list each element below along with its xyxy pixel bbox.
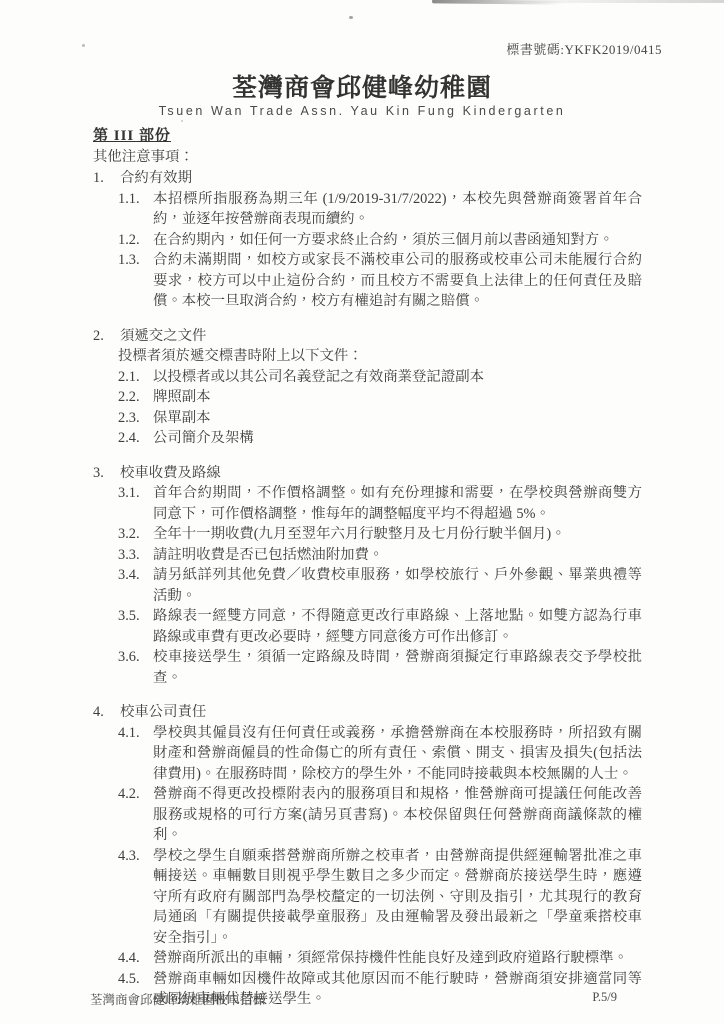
item-text: 全年十一期收費(九月至翌年六月行駛整月及七月份行駛半個月)。 [153, 524, 642, 545]
item-text: 營辦商不得更改投標附表內的服務項目和規格，惟營辦商可提議任何能改善服務或規格的可… [153, 784, 642, 846]
item-text: 牌照副本 [153, 387, 642, 408]
scan-speck [181, 120, 183, 122]
item-number: 4.4. [118, 948, 153, 969]
section-bus-company-responsibility: 4. 校車公司責任 4.1. 學校與其僱員沒有任何責任或義務，承擔營辦商在本校服… [93, 702, 642, 1010]
footer: 荃灣商會邱健峰幼稚園校車招標 P.5/9 [90, 990, 617, 1008]
item-text: 營辦商所派出的車輛，須經常保持機件性能良好及達到政府道路行駛標準。 [153, 948, 642, 969]
section-fees-and-routes: 3. 校車收費及路線 3.1. 首年合約期間，不作價格調整。如有充份理據和需要，… [93, 463, 642, 689]
item-text: 保單副本 [153, 408, 642, 429]
list-item: 1.1. 本招標所指服務為期三年 (1/9/2019-31/7/2022)，本校… [118, 189, 642, 230]
item-number: 2.4. [118, 428, 153, 449]
list-item: 3.2. 全年十一期收費(九月至翌年六月行駛整月及七月份行駛半個月)。 [118, 524, 642, 545]
section-number: 2. [93, 326, 120, 347]
item-number: 4.1. [118, 723, 153, 785]
list-item: 4.4. 營辦商所派出的車輛，須經常保持機件性能良好及達到政府道路行駛標準。 [118, 948, 642, 969]
item-number: 3.2. [118, 524, 153, 545]
item-text: 本招標所指服務為期三年 (1/9/2019-31/7/2022)，本校先與營辦商… [153, 189, 642, 230]
list-item: 4.2. 營辦商不得更改投標附表內的服務項目和規格，惟營辦商可提議任何能改善服務… [118, 784, 642, 846]
scanned-document-page: 標書號碼:YKFK2019/0415 荃灣商會邱健峰幼稚園 Tsuen Wan … [0, 0, 724, 1024]
list-item: 2.2. 牌照副本 [118, 387, 642, 408]
item-number: 1.3. [118, 250, 153, 312]
list-item: 3.4. 請另紙詳列其他免費／收費校車服務，如學校旅行、戶外參觀、畢業典禮等活動… [118, 565, 642, 606]
section-required-documents: 2. 須遞交之文件 投標者須於遞交標書時附上以下文件： 2.1. 以投標者或以其… [93, 326, 642, 449]
section-number: 1. [93, 168, 120, 189]
section-number: 3. [93, 463, 120, 484]
list-item: 3.1. 首年合約期間，不作價格調整。如有充份理據和需要，在學校與營辦商雙方同意… [118, 483, 642, 524]
item-text: 合約未滿期間，如校方或家長不滿校車公司的服務或校車公司未能履行合約要求，校方可以… [153, 250, 642, 312]
item-number: 2.1. [118, 367, 153, 388]
section-title: 須遞交之文件 [120, 326, 642, 347]
section-title: 合約有效期 [120, 168, 642, 189]
item-number: 3.1. [118, 483, 153, 524]
item-text: 校車接送學生，須循一定路線及時間，營辦商須擬定行車路線表交予學校批查。 [153, 647, 642, 688]
list-item: 3.3. 請註明收費是否已包括燃油附加費。 [118, 545, 642, 566]
scan-shade [504, 0, 724, 3]
section-number: 4. [93, 702, 120, 723]
section-title: 校車公司責任 [120, 702, 642, 723]
item-text: 學校與其僱員沒有任何責任或義務，承擔營辦商在本校服務時，所招致有關財產和營辦商僱… [153, 723, 642, 785]
notes-heading: 其他注意事項： [93, 147, 642, 168]
section-heading: 1. 合約有效期 [93, 168, 642, 189]
footer-doc-title: 荃灣商會邱健峰幼稚園校車招標 [90, 990, 265, 1008]
scan-speck [349, 16, 353, 19]
tender-number: 標書號碼:YKFK2019/0415 [506, 39, 662, 58]
item-text: 在合約期內，如任何一方要求終止合約，須於三個月前以書函通知對方。 [153, 230, 642, 251]
document-body: 第 III 部份 其他注意事項： 1. 合約有效期 1.1. 本招標所指服務為期… [93, 126, 642, 1010]
page-number: P.5/9 [592, 990, 617, 1008]
section-heading: 3. 校車收費及路線 [93, 463, 642, 484]
list-item: 3.5. 路線表一經雙方同意，不得隨意更改行車路線、上落地點。如雙方認為行車路線… [118, 606, 642, 647]
list-item: 1.2. 在合約期內，如任何一方要求終止合約，須於三個月前以書函通知對方。 [118, 230, 642, 251]
scan-streak [432, 0, 564, 5]
item-number: 2.2. [118, 387, 153, 408]
list-item: 2.1. 以投標者或以其公司名義登記之有效商業登記證副本 [118, 367, 642, 388]
item-number: 3.4. [118, 565, 153, 606]
item-text: 公司簡介及架構 [153, 428, 642, 449]
item-text: 首年合約期間，不作價格調整。如有充份理據和需要，在學校與營辦商雙方同意下，可作價… [153, 483, 642, 524]
scan-speck [82, 44, 85, 47]
section-heading: 2. 須遞交之文件 [93, 326, 642, 347]
item-text: 路線表一經雙方同意，不得隨意更改行車路線、上落地點。如雙方認為行車路線或車費有更… [153, 606, 642, 647]
section-intro: 投標者須於遞交標書時附上以下文件： [118, 346, 642, 367]
item-number: 1.1. [118, 189, 153, 230]
list-item: 2.4. 公司簡介及架構 [118, 428, 642, 449]
item-text: 以投標者或以其公司名義登記之有效商業登記證副本 [153, 367, 642, 388]
list-item: 2.3. 保單副本 [118, 408, 642, 429]
list-item: 4.3. 學校之學生自願乘搭營辦商所辦之校車者，由營辦商提供經運輸署批准之車輛接… [118, 846, 642, 949]
part-heading-row: 第 III 部份 [93, 126, 642, 147]
item-number: 1.2. [118, 230, 153, 251]
part-heading: 第 III 部份 [93, 126, 171, 147]
section-heading: 4. 校車公司責任 [93, 702, 642, 723]
section-title: 校車收費及路線 [120, 463, 642, 484]
school-name-english: Tsuen Wan Trade Assn. Yau Kin Fung Kinde… [0, 104, 724, 118]
school-name-chinese: 荃灣商會邱健峰幼稚園 [0, 68, 724, 104]
item-number: 4.2. [118, 784, 153, 846]
list-item: 3.6. 校車接送學生，須循一定路線及時間，營辦商須擬定行車路線表交予學校批查。 [118, 647, 642, 688]
item-number: 4.3. [118, 846, 153, 949]
list-item: 1.3. 合約未滿期間，如校方或家長不滿校車公司的服務或校車公司未能履行合約要求… [118, 250, 642, 312]
item-number: 3.6. [118, 647, 153, 688]
item-text: 請另紙詳列其他免費／收費校車服務，如學校旅行、戶外參觀、畢業典禮等活動。 [153, 565, 642, 606]
item-number: 3.3. [118, 545, 153, 566]
item-number: 3.5. [118, 606, 153, 647]
item-number: 2.3. [118, 408, 153, 429]
item-text: 學校之學生自願乘搭營辦商所辦之校車者，由營辦商提供經運輸署批准之車輛接送。車輛數… [153, 846, 642, 949]
item-text: 請註明收費是否已包括燃油附加費。 [153, 545, 642, 566]
section-contract-validity: 1. 合約有效期 1.1. 本招標所指服務為期三年 (1/9/2019-31/7… [93, 168, 642, 312]
list-item: 4.1. 學校與其僱員沒有任何責任或義務，承擔營辦商在本校服務時，所招致有關財產… [118, 723, 642, 785]
